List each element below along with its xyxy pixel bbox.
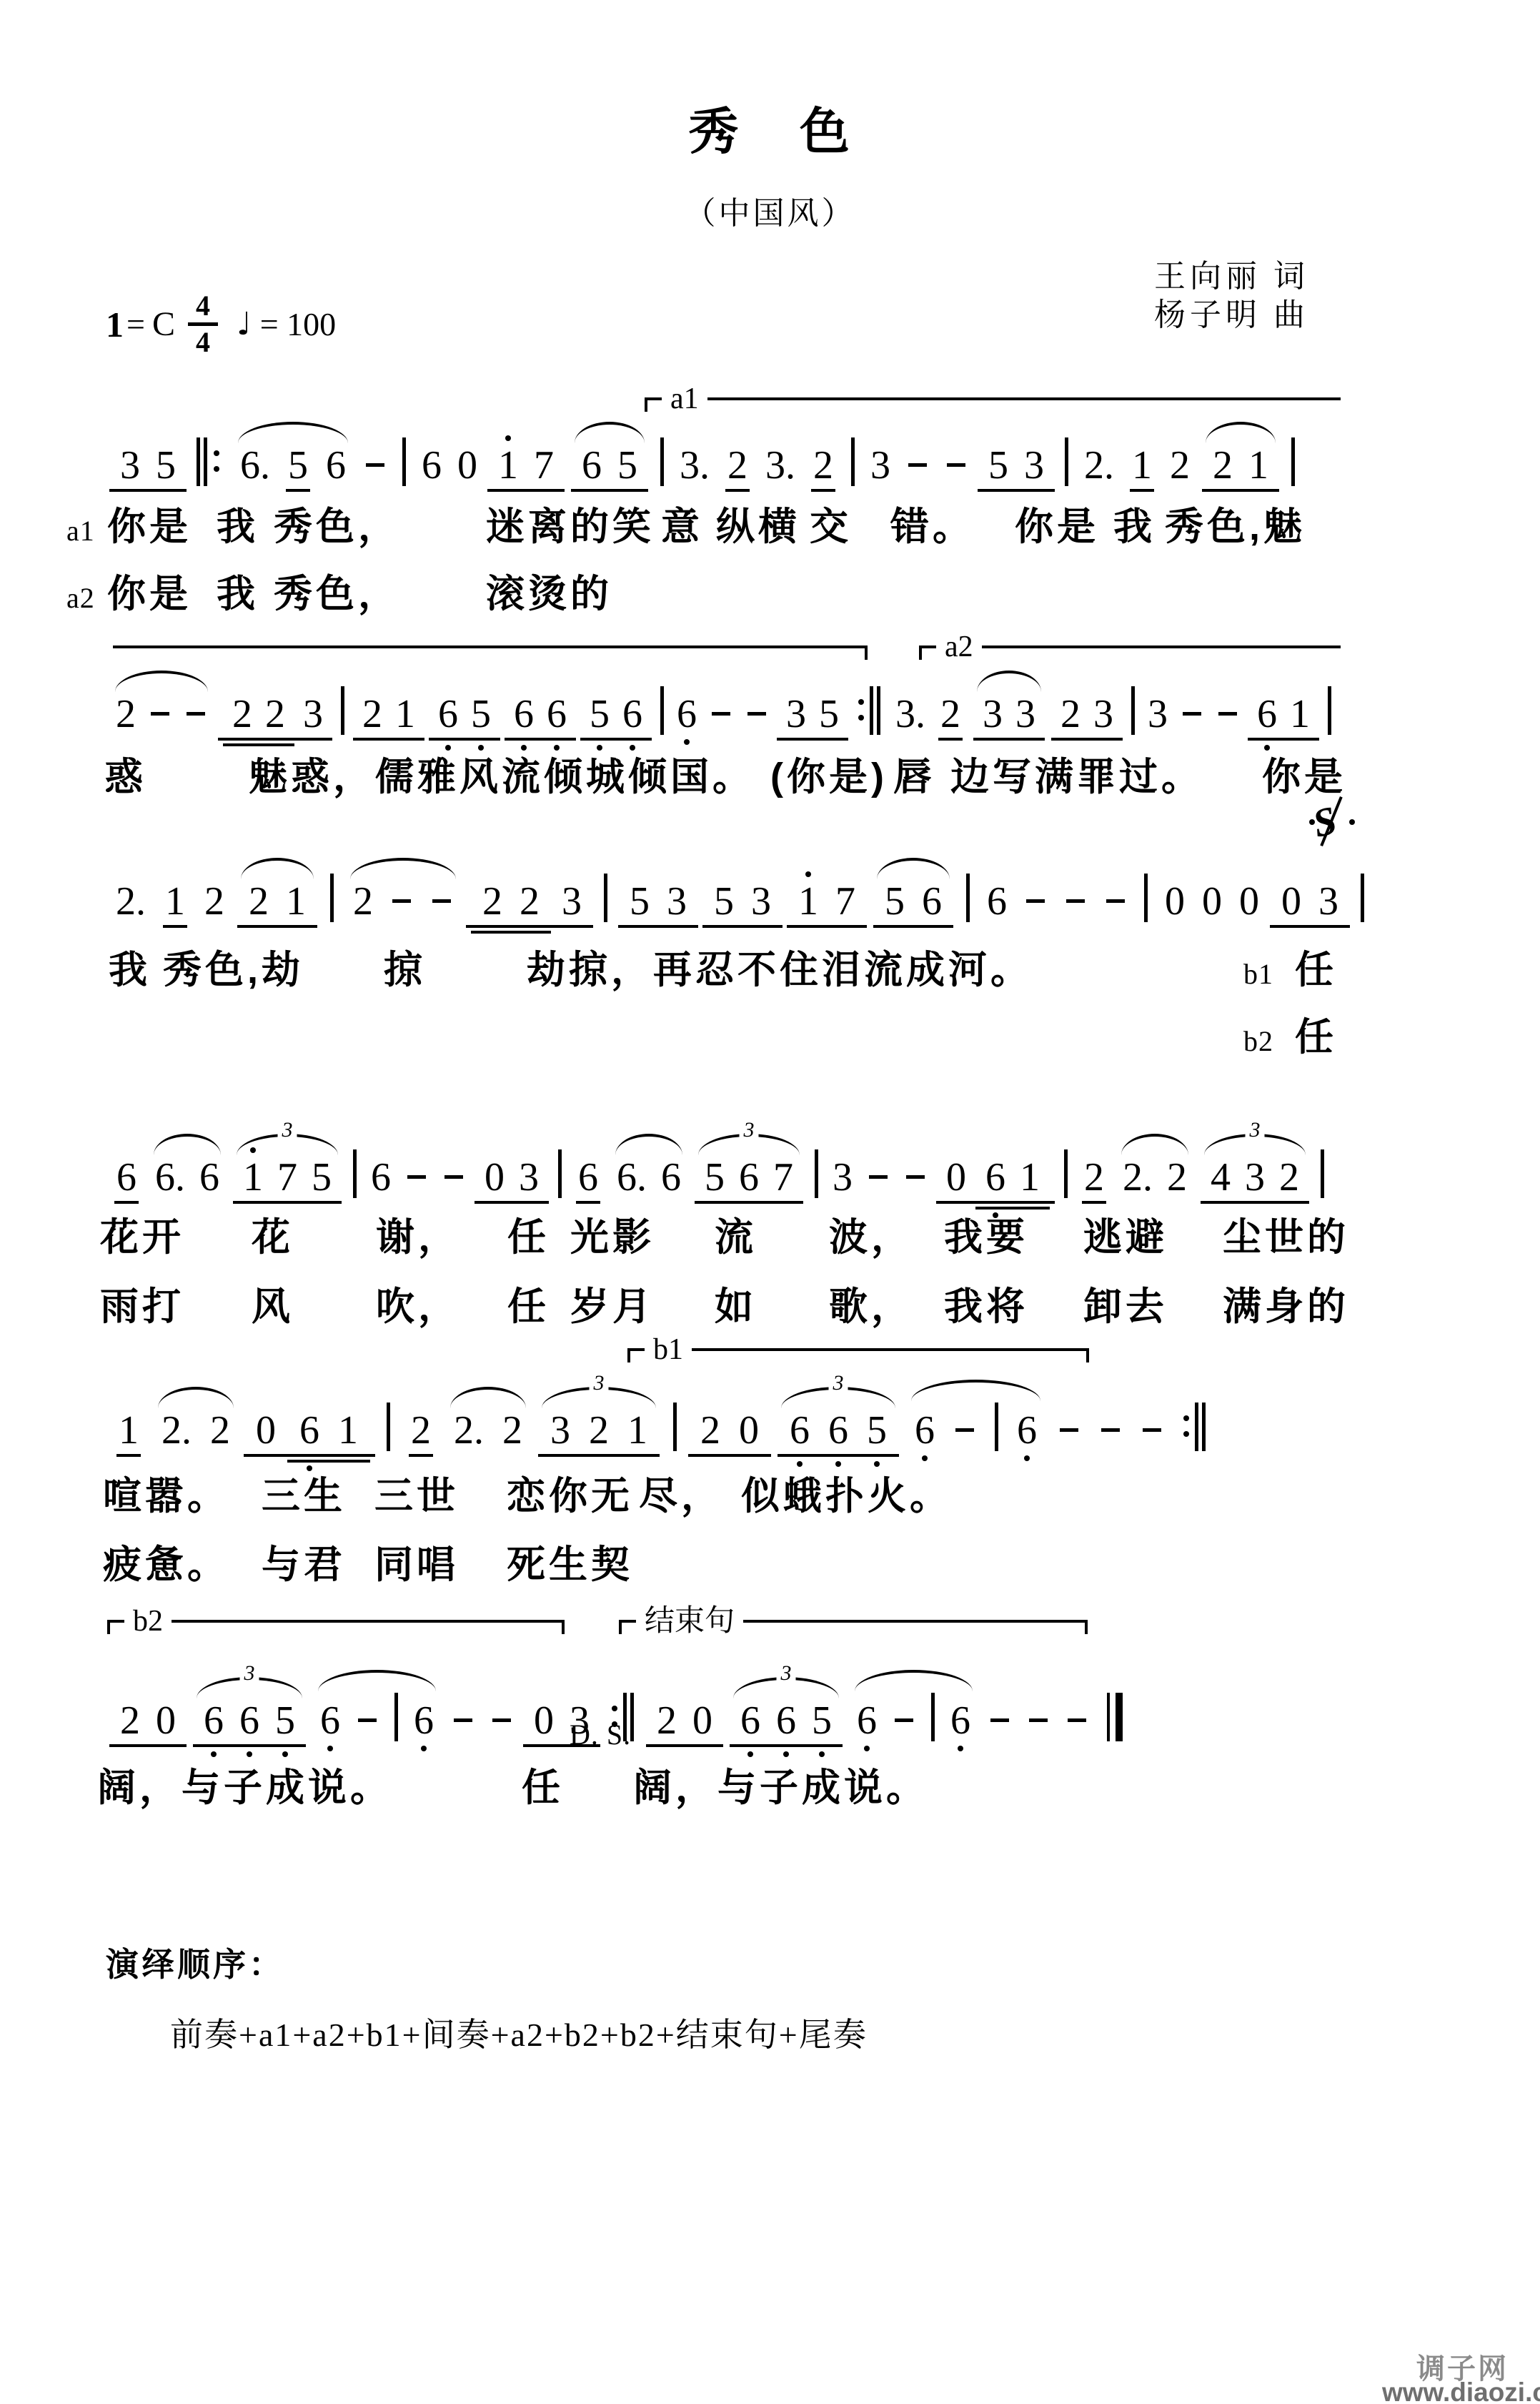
note-token: 5: [714, 881, 734, 922]
barline: [673, 1403, 677, 1451]
barline: [660, 686, 664, 735]
note-token: 2: [502, 1410, 522, 1451]
beam-group: 20: [109, 1700, 187, 1747]
note-token: 6: [740, 1700, 760, 1741]
note-token: 2: [938, 693, 963, 741]
repeat-dot: [858, 699, 864, 705]
credit-composer: 杨子明 曲: [1154, 289, 1309, 335]
note-token: 2: [116, 693, 136, 735]
slur-arc: 2.2: [444, 1410, 532, 1451]
beam-group: 35: [777, 693, 848, 741]
lyric-segment: 歌，: [829, 1285, 913, 1329]
beam-group: 53: [978, 445, 1055, 492]
segno-dot-left: [1309, 819, 1315, 825]
dash-note: [442, 1157, 465, 1198]
lyric-segment: 秀色,魅: [1165, 505, 1306, 549]
note-token: 0: [692, 1700, 712, 1741]
repeat-bar: [204, 437, 207, 486]
slur-arc: 33: [971, 693, 1047, 735]
lyric-segment: a2: [66, 582, 95, 615]
repeat-dot: [858, 715, 864, 721]
lyric-segment: 意: [661, 505, 703, 549]
lyric-segment: 纵横: [716, 505, 800, 549]
note-token: 6: [199, 1157, 219, 1198]
lyric-segment: 似蛾扑火。: [741, 1474, 952, 1518]
note-token: 3.: [680, 445, 710, 486]
note-token: 3: [983, 693, 1003, 735]
note-token: 5: [286, 445, 310, 492]
beam-group: 61: [975, 1157, 1050, 1210]
note-token: 4: [1211, 1157, 1231, 1198]
note-token: 1: [1290, 693, 1310, 735]
barline: [402, 437, 406, 486]
beam-group: 17: [787, 881, 867, 928]
note-token: 6: [661, 1157, 681, 1198]
note-token: 6: [422, 445, 442, 486]
lyric-segment: 错。: [890, 505, 975, 549]
beam-group: 66: [505, 693, 576, 741]
note-token: 3: [786, 693, 806, 735]
repeat-dot: [1183, 1431, 1189, 1437]
note-token: 6: [547, 693, 567, 735]
barline: [660, 437, 664, 486]
lyric-segment: 劫掠，再忍不住泪流成河。: [527, 948, 1033, 992]
note-token: 6: [677, 693, 697, 735]
note-token: 3: [1245, 1157, 1265, 1198]
beam-group: 61: [1248, 693, 1319, 741]
note-token: 2: [1213, 445, 1233, 486]
lyric-segment: 光影: [570, 1215, 655, 1260]
music-line-1: 356.566017653.23.23532.1221: [107, 437, 1303, 486]
note-token: 2: [520, 881, 540, 922]
lyric-segment: 尽，: [639, 1474, 723, 1518]
note-token: 2: [265, 693, 285, 735]
lyric-segment: 滚烫的: [486, 572, 612, 616]
lyric-segment: 吹，: [376, 1285, 460, 1329]
note-token: 5: [617, 445, 637, 486]
lyric-segment: 边写满罪过。: [950, 755, 1203, 799]
note-token: 3: [667, 881, 687, 922]
lyric-segment: 惑: [104, 755, 146, 799]
lyric-segment: 我: [109, 948, 151, 992]
lyric-segment: 逃避: [1083, 1215, 1168, 1260]
note-token: 1: [338, 1410, 358, 1451]
repeat-bar: [877, 686, 880, 735]
section-label: b1: [645, 1332, 692, 1367]
beam-group: 03: [1270, 881, 1350, 928]
barline: [1144, 874, 1148, 922]
note-token: 6: [1017, 1410, 1037, 1451]
equals-sign: =: [126, 305, 145, 343]
dash-note: [1181, 693, 1203, 735]
lyric-segment: 你是: [107, 505, 192, 549]
lyric-segment: 掠: [384, 948, 426, 992]
section-label: 结束句: [636, 1604, 743, 1638]
note-token: 2: [362, 693, 382, 735]
note-token: 6: [1257, 693, 1277, 735]
slur-arc: 6.6: [148, 1157, 227, 1198]
dash-note: [710, 693, 732, 735]
dash-note: [867, 1157, 890, 1198]
slur-arc: 21: [235, 881, 319, 922]
sheet-music-page: 秀 色 （中国风） 王向丽 词 杨子明 曲 1 = C 4 4 ♩ = 100 …: [0, 0, 1540, 2404]
lyric-segment: 唇: [893, 755, 935, 799]
scale-degree: 1: [106, 304, 124, 345]
lyric-segment: 花: [252, 1215, 294, 1260]
lyric-segment: 秀色，: [274, 505, 400, 549]
slur-arc: 2: [344, 881, 462, 922]
lyric-segment: 死生契: [507, 1543, 633, 1587]
lyric-segment: 雨打: [100, 1285, 184, 1329]
note-token: 7: [835, 881, 855, 922]
beam-group: 53: [618, 881, 698, 928]
note-token: 3.: [765, 445, 795, 486]
dash-note: [1024, 881, 1047, 922]
lyric-segment: 如: [715, 1285, 757, 1329]
note-token: 6: [239, 1700, 259, 1741]
song-title: 秀 色: [688, 91, 874, 164]
note-token: 1: [395, 693, 415, 735]
section-bracket-b2: b2: [107, 1620, 565, 1637]
lyric-segment: 我: [1113, 505, 1156, 549]
dash-note: [184, 693, 207, 735]
lyric-segment: b2: [1243, 1025, 1273, 1058]
section-bracket-b1: b1: [627, 1348, 1089, 1365]
beam-group: 175: [233, 1157, 342, 1204]
note-token: 2: [725, 445, 750, 492]
lyric-segment: 疲惫。: [103, 1543, 229, 1587]
lyric-segment: 我: [217, 505, 259, 549]
note-token: 5: [812, 1700, 832, 1741]
note-token: 5: [867, 1410, 887, 1451]
repeat-sign: [197, 437, 222, 486]
note-token: 5: [156, 445, 176, 486]
repeat-dot: [214, 450, 219, 456]
note-token: 2: [1170, 445, 1190, 486]
note-token: 6: [985, 1157, 1005, 1198]
beam-group: 56: [580, 693, 652, 741]
slur-arc: 6.6: [610, 1157, 688, 1198]
dash-note: [945, 445, 968, 486]
note-token: 1: [116, 1410, 141, 1457]
note-token: 2: [1060, 693, 1081, 735]
meter-numerator: 4: [196, 292, 210, 320]
lyric-segment: 秀色,劫: [163, 948, 304, 992]
dash-note: [1064, 881, 1087, 922]
quarter-note-icon: ♩: [237, 306, 252, 342]
note-token: 6: [299, 1410, 319, 1451]
barline: [995, 1403, 998, 1451]
note-token: 6: [582, 445, 602, 486]
lyric-segment: 谢，: [376, 1215, 460, 1260]
lyric-segment: 任: [507, 1215, 550, 1260]
triplet-arc: 321: [536, 1410, 662, 1451]
triplet-arc: 175: [231, 1157, 344, 1198]
lyric-segment: (你是): [770, 755, 888, 799]
dash-note: [988, 1700, 1011, 1741]
dash-note: [904, 1157, 927, 1198]
note-token: 3: [1024, 445, 1044, 486]
slur-arc: 21: [1200, 445, 1281, 486]
dash-note: [1104, 881, 1127, 922]
dash-note: [906, 445, 929, 486]
lyric-segment: 三生: [262, 1474, 346, 1518]
repeat-sign: [1182, 1403, 1208, 1451]
note-token: 1: [163, 881, 187, 928]
note-token: 6: [114, 1157, 139, 1204]
lyric-segment: 阔，与子成说。: [97, 1766, 392, 1810]
beam-group: 223: [218, 693, 332, 741]
note-token: 2: [1167, 1157, 1187, 1198]
note-token: 6: [857, 1700, 877, 1741]
note-token: 3: [120, 445, 140, 486]
note-token: 2: [700, 1410, 720, 1451]
lyric-segment: 波，: [829, 1215, 913, 1260]
repeat-dot: [1183, 1415, 1189, 1421]
beam-group: 33: [973, 693, 1045, 741]
beam-group: 22: [223, 693, 294, 746]
slur-arc: 66: [312, 1693, 442, 1741]
barline: [1321, 1149, 1324, 1198]
barline: [1328, 686, 1331, 735]
note-token: 7: [773, 1157, 793, 1198]
lyric-segment: 阔，与子成说。: [633, 1766, 928, 1810]
repeat-sign: [857, 686, 883, 735]
dash-note: [364, 445, 387, 486]
note-token: 5: [819, 693, 839, 735]
note-token: 3: [1093, 693, 1113, 735]
dash-note: [1141, 1410, 1163, 1451]
lyric-segment: 流: [715, 1215, 757, 1260]
lyric-segment: 秀色，: [274, 572, 400, 616]
note-token: 2: [249, 881, 269, 922]
lyric-segment: 尘世的: [1223, 1215, 1349, 1260]
note-token: 3: [833, 1157, 853, 1198]
lyric-segment: 任: [1295, 948, 1337, 992]
lyric-segment: 恋你无: [507, 1474, 633, 1518]
segno-icon: S: [1313, 798, 1349, 848]
note-token: 1: [798, 881, 818, 922]
note-token: 5: [630, 881, 650, 922]
note-token: 5: [705, 1157, 725, 1198]
dash-note: [452, 1700, 475, 1741]
repeat-bar: [1195, 1403, 1198, 1451]
song-subtitle: （中国风）: [685, 187, 856, 233]
note-token: 2: [232, 693, 252, 735]
slur-arc: 2: [109, 693, 214, 735]
lyric-segment: 我将: [944, 1285, 1028, 1329]
note-token: 1: [1248, 445, 1268, 486]
note-token: 2: [353, 881, 373, 922]
note-token: 3: [303, 693, 323, 735]
note-token: 1: [627, 1410, 647, 1451]
beam-group: 65: [571, 445, 648, 492]
lyric-segment: 任: [1295, 1015, 1337, 1059]
beam-group: 21: [1202, 445, 1279, 492]
barline: [330, 874, 334, 922]
beam-group: 567: [695, 1157, 803, 1204]
beam-group: 22: [471, 881, 551, 934]
lyric-segment: 我: [217, 572, 259, 616]
note-token: 6: [371, 1157, 391, 1198]
beam-group: 20: [688, 1410, 771, 1457]
lyric-segment: a1: [66, 515, 95, 548]
triplet-arc: 567: [692, 1157, 805, 1198]
repeat-dot: [612, 1706, 617, 1711]
barline: [1361, 874, 1364, 922]
lyric-segment: 魅惑，儒雅风流倾城倾国。: [249, 755, 755, 799]
barline: [1291, 437, 1295, 486]
note-token: 1: [1020, 1157, 1040, 1198]
dash-note: [430, 881, 453, 922]
dash-note: [149, 693, 172, 735]
note-token: 6: [576, 1157, 600, 1204]
performance-order-label: 演绎顺序：: [106, 1939, 284, 1986]
note-token: 0: [256, 1410, 276, 1451]
dash-note: [490, 1700, 513, 1741]
beam-group: 56: [873, 881, 953, 928]
beam-group: 17: [487, 445, 565, 492]
lyric-segment: D. S.: [570, 1718, 631, 1751]
note-token: 0: [485, 1157, 505, 1198]
slur-arc: 65: [569, 445, 650, 486]
note-token: 6: [438, 693, 458, 735]
note-token: 6: [790, 1410, 810, 1451]
triplet-arc: 665: [191, 1700, 308, 1741]
beam-group: 21: [237, 881, 317, 928]
section-label: a1: [662, 382, 707, 416]
dash-note: [1216, 693, 1239, 735]
note-token: 5: [988, 445, 1008, 486]
beam-group: 21: [353, 693, 424, 741]
note-token: 3.: [895, 693, 925, 735]
lyric-segment: 岁月: [570, 1285, 655, 1329]
note-token: 7: [534, 445, 554, 486]
note-token: 6: [414, 1700, 434, 1741]
note-token: 0: [946, 1157, 966, 1198]
note-token: 1: [1130, 445, 1154, 492]
music-line-2: 2223216566566353.23323361: [107, 686, 1338, 735]
note-token: 1: [498, 445, 518, 486]
note-token: 2: [811, 445, 835, 492]
triplet-arc: 432: [1198, 1157, 1311, 1198]
dash-note: [1058, 1410, 1081, 1451]
note-token: 0: [1281, 881, 1301, 922]
slur-arc: 66: [849, 1693, 978, 1741]
slur-arc: 56: [871, 881, 955, 922]
barline: [341, 686, 344, 735]
note-token: 2.: [454, 1410, 484, 1451]
repeat-bar: [197, 437, 200, 486]
lyric-segment: 三世: [374, 1474, 459, 1518]
beam-group: 665: [730, 1700, 843, 1747]
lyric-segment: 迷离的笑: [486, 505, 655, 549]
barline: [1065, 437, 1068, 486]
dash-note: [390, 881, 413, 922]
note-token: 3: [562, 881, 582, 922]
note-token: 6: [514, 693, 534, 735]
lyric-segment: 你是: [1015, 505, 1099, 549]
note-token: 3: [1318, 881, 1338, 922]
barline: [387, 1403, 390, 1451]
beam-group: 35: [109, 445, 187, 492]
beam-group: 321: [538, 1410, 660, 1457]
music-line-3: 2.1221222353531756600003: [107, 874, 1373, 922]
note-token: 2: [204, 881, 224, 922]
section-bracket-line: [113, 645, 868, 663]
note-token: 2: [1082, 1157, 1106, 1204]
triplet-arc: 665: [727, 1700, 845, 1741]
key-signature: 1 = C 4 4 ♩ = 100: [106, 292, 336, 357]
note-token: 5: [885, 881, 905, 922]
note-token: 0: [1165, 881, 1185, 922]
note-token: 2.: [116, 881, 146, 922]
barline: [1131, 686, 1135, 735]
lyric-segment: 我要: [944, 1215, 1028, 1260]
dash-note: [1065, 1700, 1088, 1741]
note-token: 3: [751, 881, 771, 922]
note-token: 2.: [1123, 1157, 1153, 1198]
note-token: 7: [277, 1157, 297, 1198]
note-token: 6: [915, 1410, 935, 1451]
dash-note: [893, 1700, 915, 1741]
lyric-segment: 卸去: [1083, 1285, 1168, 1329]
key-letter: C: [152, 305, 175, 344]
final-barline: [1104, 1693, 1124, 1741]
lyric-segment: 喧嚣。: [103, 1474, 229, 1518]
barline: [851, 437, 855, 486]
note-token: 2: [589, 1410, 609, 1451]
music-line-4: 66.617560366.6567306122.2432: [107, 1149, 1331, 1198]
note-token: 6: [950, 1700, 970, 1741]
note-token: 2: [657, 1700, 677, 1741]
barline: [815, 1149, 818, 1198]
beam-group: 20: [646, 1700, 723, 1747]
slur-arc: 2.2: [1116, 1157, 1194, 1198]
time-signature: 4 4: [188, 292, 218, 357]
note-token: 6.: [617, 1157, 647, 1198]
section-label: b2: [124, 1604, 172, 1638]
note-token: 6: [828, 1410, 848, 1451]
note-token: 2: [409, 1410, 433, 1457]
note-token: 3: [870, 445, 890, 486]
beam-group: 665: [193, 1700, 306, 1747]
note-token: 3: [1148, 693, 1168, 735]
note-token: 0: [739, 1410, 759, 1451]
beam-group: 223: [466, 881, 593, 928]
note-token: 6: [739, 1157, 759, 1198]
triplet-arc: 665: [775, 1410, 901, 1451]
lyric-segment: 花开: [100, 1215, 184, 1260]
barline: [394, 1693, 398, 1741]
beam-group: 65: [429, 693, 500, 741]
dash-note: [405, 1157, 428, 1198]
note-token: 0: [534, 1700, 554, 1741]
note-token: 2: [1279, 1157, 1299, 1198]
beam-group: 061: [936, 1157, 1055, 1204]
lyric-segment: 同唱: [374, 1543, 459, 1587]
beam-group: 03: [475, 1157, 549, 1204]
note-token: 2: [482, 881, 502, 922]
lyric-segment: 你是: [1262, 755, 1346, 799]
slur-arc: 6.56: [232, 445, 354, 486]
beam-group: 23: [1051, 693, 1123, 741]
barline: [966, 874, 970, 922]
beam-group: 53: [702, 881, 783, 928]
beam-group: 665: [778, 1410, 899, 1457]
repeat-bar: [1107, 1693, 1110, 1741]
segno-dot-right: [1349, 819, 1355, 825]
